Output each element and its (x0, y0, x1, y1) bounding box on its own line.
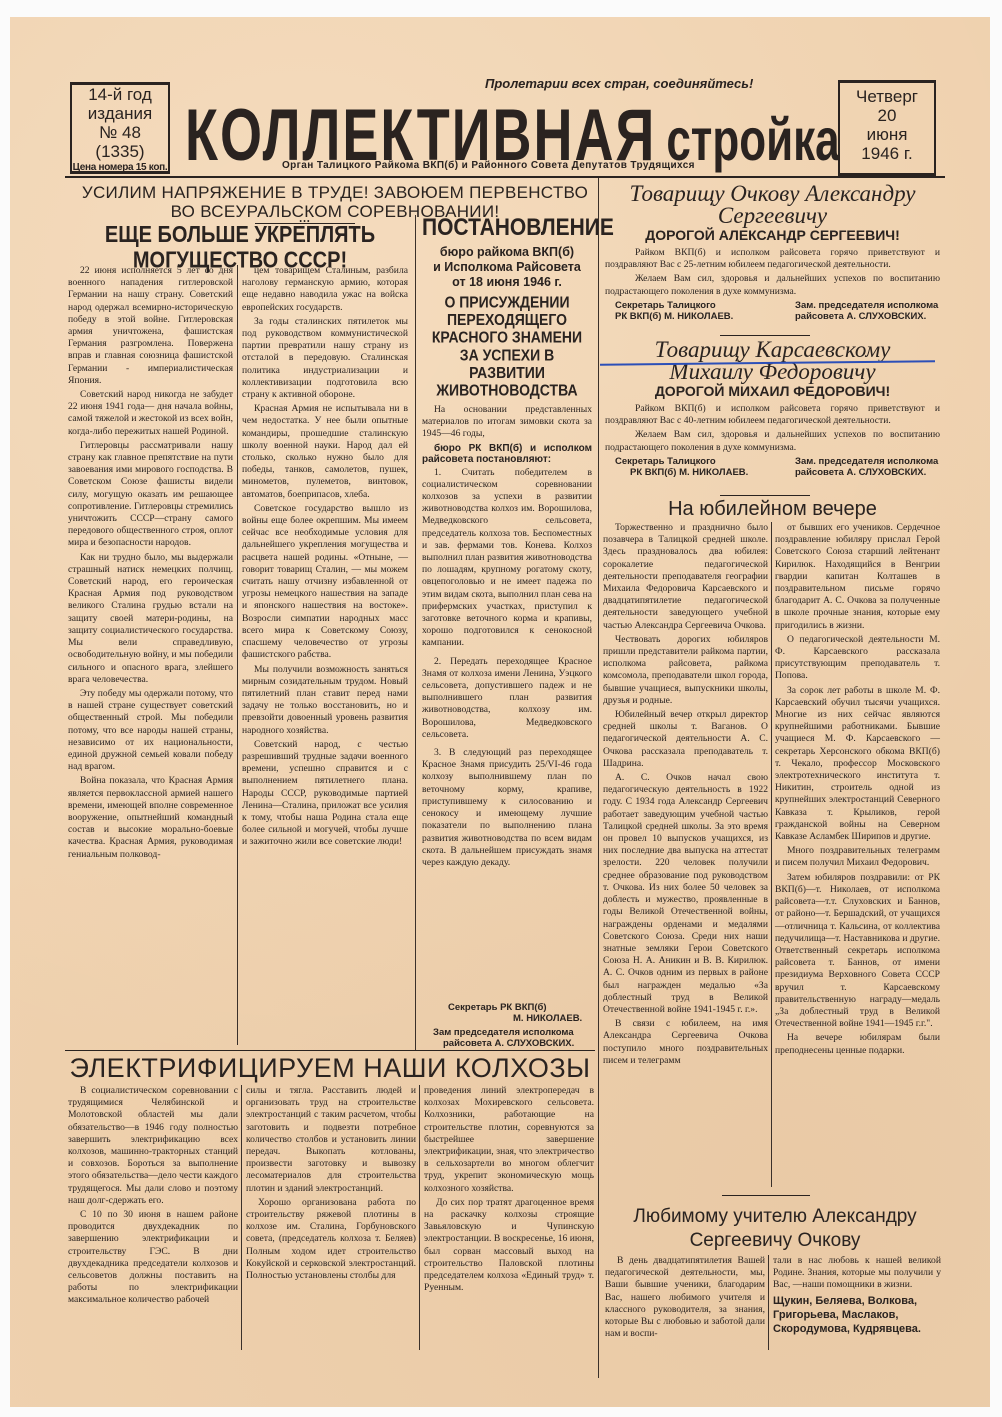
resolution-headline: О ПРИСУЖДЕНИИ ПЕРЕХОДЯЩЕГО КРАСНОГО ЗНАМ… (422, 293, 592, 399)
column-divider (237, 265, 238, 1045)
paragraph: Торжественно и празднично было позавчера… (603, 522, 768, 632)
resolution-article: ПОСТАНОВЛЕНИЕ бюро райкома ВКП(б) и Испо… (422, 215, 592, 871)
signature-name: РК ВКП(б) М. НИКОЛАЕВ. (615, 311, 733, 322)
jubilee-title: На юбилейном вечере (605, 498, 940, 521)
signature-title: Зам. председателя исполкома (795, 300, 938, 311)
paragraph: В день двадцатипятилетия Вашей педагогич… (605, 1255, 765, 1340)
issue-number: № 48 (72, 123, 168, 142)
column-divider (415, 215, 416, 1050)
signature-name: райсовета А. СЛУХОВСКИХ. (795, 467, 938, 478)
paragraph: тали в нас любовь к нашей великой Родине… (773, 1255, 941, 1292)
resolution-item: 2. Передать переходящее Красное Знамя от… (422, 656, 592, 741)
year: 1946 г. (840, 144, 934, 163)
month: июня (840, 125, 934, 144)
editorial-column-2: цем товарищем Сталиным, разбила наголову… (242, 265, 408, 851)
divider (720, 495, 810, 496)
resolution-signature-2: Зам председателя исполкома райсовета А. … (433, 1027, 574, 1049)
paragraph: Мы получили возможность заняться мирным … (242, 664, 408, 737)
organ-subtitle: Орган Талицкого Райкома ВКП(б) и Районно… (282, 160, 695, 171)
paragraph: Как ни трудно было, мы выдержали страшны… (68, 552, 233, 686)
paragraph: Чествовать дорогих юбиляров пришли предс… (603, 634, 768, 707)
resolution-sub-2: и Исполкома Райсовета (422, 260, 592, 275)
date-box: Четверг 20 июня 1946 г. (838, 80, 936, 176)
paragraph: В связи с юбилеем, на имя Александра Сер… (603, 1018, 768, 1067)
issue-year: 14-й год (72, 85, 168, 104)
paragraph: А. С. Очков начал свою педагогическую де… (603, 772, 768, 1016)
column-divider (419, 1085, 420, 1350)
resolution-item: 1. Считать победителем в социалистическо… (422, 467, 592, 650)
column-divider (768, 1255, 769, 1350)
paragraph: Желаем Вам сил, здоровья и дальнейших ус… (605, 429, 940, 453)
paragraph: Райком ВКП(б) и исполком райсовета горяч… (605, 247, 940, 271)
signature-title: Секретарь РК ВКП(б) (448, 1002, 582, 1013)
paragraph: До сих пор тратят драгоценное время на р… (424, 1197, 594, 1295)
paragraph: На основании представленных материалов п… (422, 404, 592, 441)
greeting-title-1: Товарищу Очкову Александру (605, 183, 940, 205)
greeting-title-2: Сергеевичу (605, 205, 940, 227)
paragraph: от бывших его учеников. Сердечное поздра… (775, 522, 940, 632)
jubilee-column-2: от бывших его учеников. Сердечное поздра… (775, 522, 940, 1059)
editorial-column-1: 22 июня исполняется 5 лет со дня военног… (68, 265, 233, 863)
slogan: Пролетарии всех стран, соединяйтесь! (485, 76, 753, 91)
masthead-rule (65, 176, 945, 178)
paragraph: проведения линий электропередач в колхоз… (424, 1085, 594, 1195)
paragraph: Советский народ никогда не забудет 22 ию… (68, 389, 233, 438)
paragraph: Хорошо организована работа по строительс… (246, 1197, 416, 1282)
paragraph: цем товарищем Сталиным, разбила наголову… (242, 265, 408, 314)
resolution-body: На основании представленных материалов п… (422, 404, 592, 869)
paragraph: Война показала, что Красная Армия являет… (68, 775, 233, 860)
divider (720, 335, 810, 336)
teacher-letter-title-1: Любимому учителю Александру (605, 1205, 945, 1229)
resolution-item: 3. В следующий раз переходящее Красное З… (422, 747, 592, 869)
signers: Щукин, Беляева, Волкова, Григорьева, Мас… (773, 1294, 941, 1336)
decree-line: бюро РК ВКП(б) и исполком райсовета пост… (422, 443, 592, 465)
signature-title: Зам. председателя исполкома (795, 456, 938, 467)
greeting-ochkov: Товарищу Очкову Александру Сергеевичу ДО… (605, 183, 940, 324)
paragraph: Юбилейный вечер открыл директор средней … (603, 709, 768, 770)
issue-info-box: 14-й год издания № 48 (1335) Цена номера… (70, 82, 170, 174)
paragraph: силы и тягла. Расставить людей и организ… (246, 1085, 416, 1195)
electrify-column-2: силы и тягла. Расставить людей и организ… (246, 1085, 416, 1284)
divider (722, 1195, 810, 1196)
teacher-letter-column-2: тали в нас любовь к нашей великой Родине… (773, 1255, 941, 1338)
teacher-letter-column-1: В день двадцатипятилетия Вашей педагогич… (605, 1255, 765, 1342)
issue-label: издания (72, 104, 168, 123)
paragraph: Затем юбиляров поздравили: от РК ВКП(б)—… (775, 872, 940, 1031)
resolution-sub-3: от 18 июня 1946 г. (422, 275, 592, 290)
paragraph: Эту победу мы одержали потому, что в наш… (68, 688, 233, 773)
signature-name: РК ВКП(б) М. НИКОЛАЕВ. (615, 467, 748, 478)
paragraph: Желаем Вам сил, здоровья и дальнейших ус… (605, 273, 940, 297)
paragraph: 22 июня исполняется 5 лет со дня военног… (68, 265, 233, 387)
paragraph: За годы сталинских пятилеток мы под руко… (242, 316, 408, 401)
jubilee-column-1: Торжественно и празднично было позавчера… (603, 522, 768, 1069)
paragraph: О педагогической деятельности М. Ф. Карс… (775, 634, 940, 683)
electrify-column-1: В социалистическом соревновании с трудящ… (68, 1085, 238, 1309)
paragraph: В социалистическом соревновании с трудящ… (68, 1085, 238, 1207)
issue-price: Цена номера 15 коп. (72, 161, 168, 175)
greeting-title-1: Товарищу Карсаевскому (605, 339, 940, 361)
signature-name: райсовета А. СЛУХОВСКИХ. (433, 1038, 574, 1049)
electrify-column-3: проведения линий электропередач в колхоз… (424, 1085, 594, 1296)
greeting-salutation: ДОРОГОЙ МИХАИЛ ФЕДОРОВИЧ! (605, 383, 940, 400)
paragraph: Много поздравительных телеграмм и писем … (775, 845, 940, 869)
electrify-headline: ЭЛЕКТРИФИЦИРУЕМ НАШИ КОЛХОЗЫ (65, 1053, 595, 1084)
banner-line-1: УСИЛИМ НАПРЯЖЕНИЕ В ТРУДЕ! ЗАВОЮЕМ ПЕРВЕ… (65, 183, 605, 202)
resolution-title: ПОСТАНОВЛЕНИЕ (422, 213, 592, 243)
column-divider (598, 178, 599, 1378)
signature-title: Секретарь Талицкого (615, 456, 748, 467)
signature-title: Секретарь Талицкого (615, 300, 733, 311)
greeting-salutation: ДОРОГОЙ АЛЕКСАНДР СЕРГЕЕВИЧ! (605, 227, 940, 244)
paragraph: Советский народ, с честью разрешивший тр… (242, 739, 408, 849)
paragraph: На вечере юбилярам были преподнесены цен… (775, 1032, 940, 1056)
paragraph: Райком ВКП(б) и исполком райсовета горяч… (605, 403, 940, 427)
resolution-sub-1: бюро райкома ВКП(б) (422, 245, 592, 260)
teacher-letter-title-2: Сергеевичу Очкову (605, 1229, 945, 1253)
issue-total-number: (1335) (72, 142, 168, 161)
teacher-letter-title: Любимому учителю Александру Сергеевичу О… (605, 1205, 945, 1253)
day: 20 (840, 106, 934, 125)
column-divider (771, 522, 772, 1187)
signature-name: М. НИКОЛАЕВ. (448, 1013, 582, 1024)
signature-title: Зам председателя исполкома (433, 1027, 574, 1038)
paragraph: Советское государство вышло из войны еще… (242, 503, 408, 662)
editorial-headline-line-1: ЕЩЕ БОЛЬШЕ УКРЕПЛЯТЬ (70, 223, 410, 248)
column-divider (241, 1085, 242, 1350)
section-rule (65, 1050, 595, 1051)
paragraph: За сорок лет работы в школе М. Ф. Карсае… (775, 685, 940, 844)
resolution-signature-1: Секретарь РК ВКП(б) М. НИКОЛАЕВ. (448, 1002, 582, 1024)
paragraph: Гитлеровцы рассматривали нашу страну как… (68, 440, 233, 550)
signature-name: райсовета А. СЛУХОВСКИХ. (795, 311, 938, 322)
paragraph: Красная Армия не испытывала ни в чем нед… (242, 403, 408, 501)
paragraph: С 10 по 30 июня в нашем районе проводитс… (68, 1209, 238, 1307)
weekday: Четверг (840, 87, 934, 106)
